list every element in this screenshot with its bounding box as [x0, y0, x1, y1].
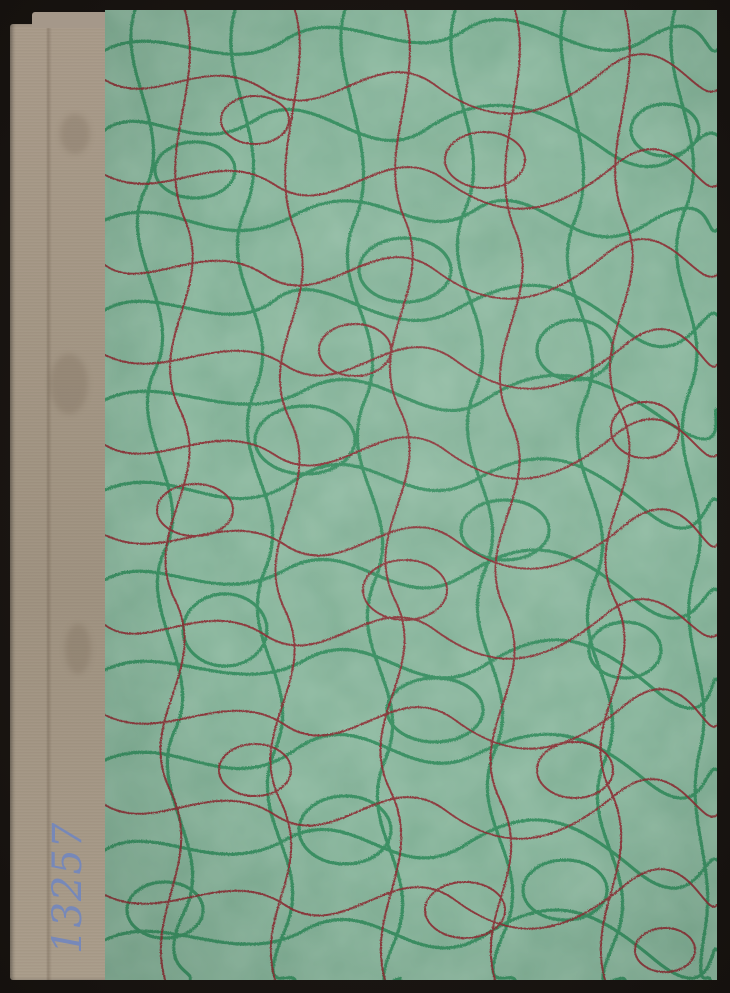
handwritten-call-number: 13257: [48, 804, 88, 954]
book-spine: 13257: [10, 24, 112, 980]
spine-stain: [65, 624, 91, 674]
marble-pattern: [105, 10, 717, 980]
photo-background: 13257: [0, 0, 730, 993]
spine-stain: [50, 354, 88, 414]
book: 13257: [10, 10, 717, 980]
marbled-cover: [105, 10, 717, 980]
spine-stain: [60, 114, 90, 154]
spine-top-fold: [32, 12, 112, 28]
